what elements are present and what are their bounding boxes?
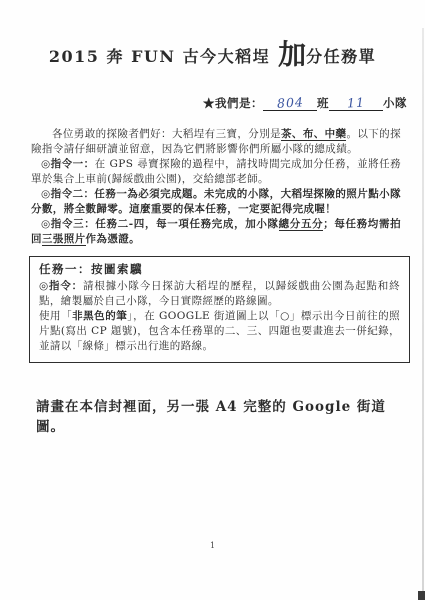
class-unit-label: 班 [317,96,329,110]
title-suffix: 分任務單 [306,47,376,66]
squad-unit-label: 小隊 [383,96,407,110]
scan-corner-artifact [418,591,425,600]
command-3-seg3: 作為憑證。 [86,233,141,245]
title-prefix: 2015 奔 FUN 古今大稻埕 [49,47,270,66]
squad-blank: 11 [329,96,383,111]
class-blank: 804 [263,96,317,111]
class-handwritten-value: 804 [276,95,304,109]
command-3-seg1: 任務二-四，每一項任務完成，加小隊 [95,218,278,230]
team-label: 我們是： [215,96,263,110]
scan-edge-artifact [422,28,424,600]
command-3-emphasis-photos: 三張照片 [42,233,86,246]
task-instruction-body: 請根據小隊今日探訪大稻埕的歷程，以歸綏戲曲公園為起點和終點，繪製屬於自己小隊，今… [39,280,400,307]
command-3: ◎指令三：任務二-四，每一項任務完成，加小隊總分五分；每任務均需拍回三張照片作為… [31,217,401,247]
document-page: 2015 奔 FUN 古今大稻埕加分任務單 ★我們是：804班11小隊 各位勇敢… [0,0,425,600]
greeting-text-1: 各位勇敢的探險者們好：大稻埕有三寶，分別是 [52,128,281,140]
star-icon: ★ [203,96,215,110]
command-3-emphasis-score: 總分五分 [279,218,324,231]
command-1: ◎指令一：在 GPS 尋寶探險的過程中，請找時間完成加分任務，並將任務單於集合上… [31,157,401,187]
command-2: ◎指令二：任務一為必須完成題。未完成的小隊，大稻埕探險的照片點小隊分數，將全數歸… [31,187,401,217]
task-instruction-prefix: ◎指令： [39,280,83,292]
title-big-char: 加 [270,38,306,71]
task-one-instruction-1: ◎指令：請根據小隊今日探訪大稻埕的歷程，以歸綏戲曲公園為起點和終點，繪製屬於自己… [39,279,400,309]
command-3-prefix: ◎指令三： [41,218,95,230]
greeting-paragraph: 各位勇敢的探險者們好：大稻埕有三寶，分別是茶、布、中藥。以下的探險指令請仔細研讀… [31,127,401,157]
task-instruction-2-seg1: 使用「 [39,310,72,322]
command-1-prefix: ◎指令一： [41,158,95,170]
squad-handwritten-value: 11 [347,96,366,110]
pen-emphasis: 非黑色的筆 [72,310,127,322]
task-one-title: 任務一：按圖索驥 [39,262,400,277]
task-one-box: 任務一：按圖索驥 ◎指令：請根據小隊今日探訪大稻埕的歷程，以歸綏戲曲公園為起點和… [29,256,410,363]
team-line: ★我們是：804班11小隊 [0,95,425,111]
page-title: 2015 奔 FUN 古今大稻埕加分任務單 [0,33,425,73]
footer-note: 請畫在本信封裡面，另一張 A4 完整的 Google 街道圖。 [36,395,405,435]
page-number: 1 [0,541,425,550]
command-2-prefix: ◎指令二： [41,188,94,200]
task-one-instruction-2: 使用「非黑色的筆」，在 GOOGLE 街道圖上以「○」標示出今日前往的照片點(寫… [39,309,400,354]
treasures-emphasis: 茶、布、中藥 [281,128,346,141]
intro-section: 各位勇敢的探險者們好：大稻埕有三寶，分別是茶、布、中藥。以下的探險指令請仔細研讀… [31,127,401,247]
